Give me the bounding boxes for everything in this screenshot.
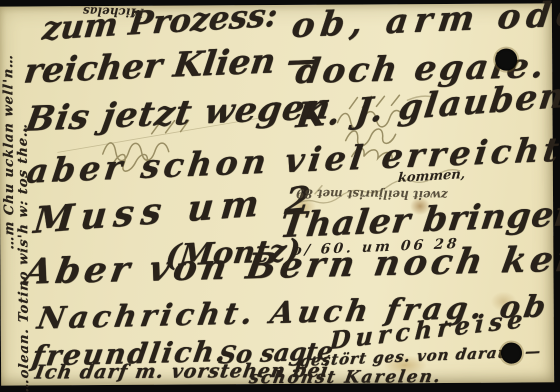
interlinear-note: kommen, [397, 167, 466, 186]
margin-handwriting: …m Chu ucklan well'n… [1, 53, 17, 250]
handwriting-line: reicher Klien — [22, 39, 324, 91]
handwriting-line: Aber von Bern noch keine [21, 237, 560, 292]
postcard: zum Prozess: ob, arm oder reicher Klien … [0, 3, 554, 385]
handwriting-line: zum Prozess: [40, 0, 279, 48]
photo-background: zum Prozess: ob, arm oder reicher Klien … [0, 0, 560, 392]
inverted-note: zweit heiljurist met 89 [296, 187, 448, 203]
handwriting-line: schönst Karelen. [248, 367, 444, 388]
margin-handwriting: …olean. Totino wis'h w: tos the… [16, 122, 33, 392]
inverted-note: Michelas [83, 4, 144, 20]
punch-hole [495, 49, 517, 71]
handwriting-line: Bis jetzt wegen [23, 87, 335, 140]
handwriting-line: ob, arm oder [289, 0, 560, 46]
punch-hole [501, 343, 522, 364]
